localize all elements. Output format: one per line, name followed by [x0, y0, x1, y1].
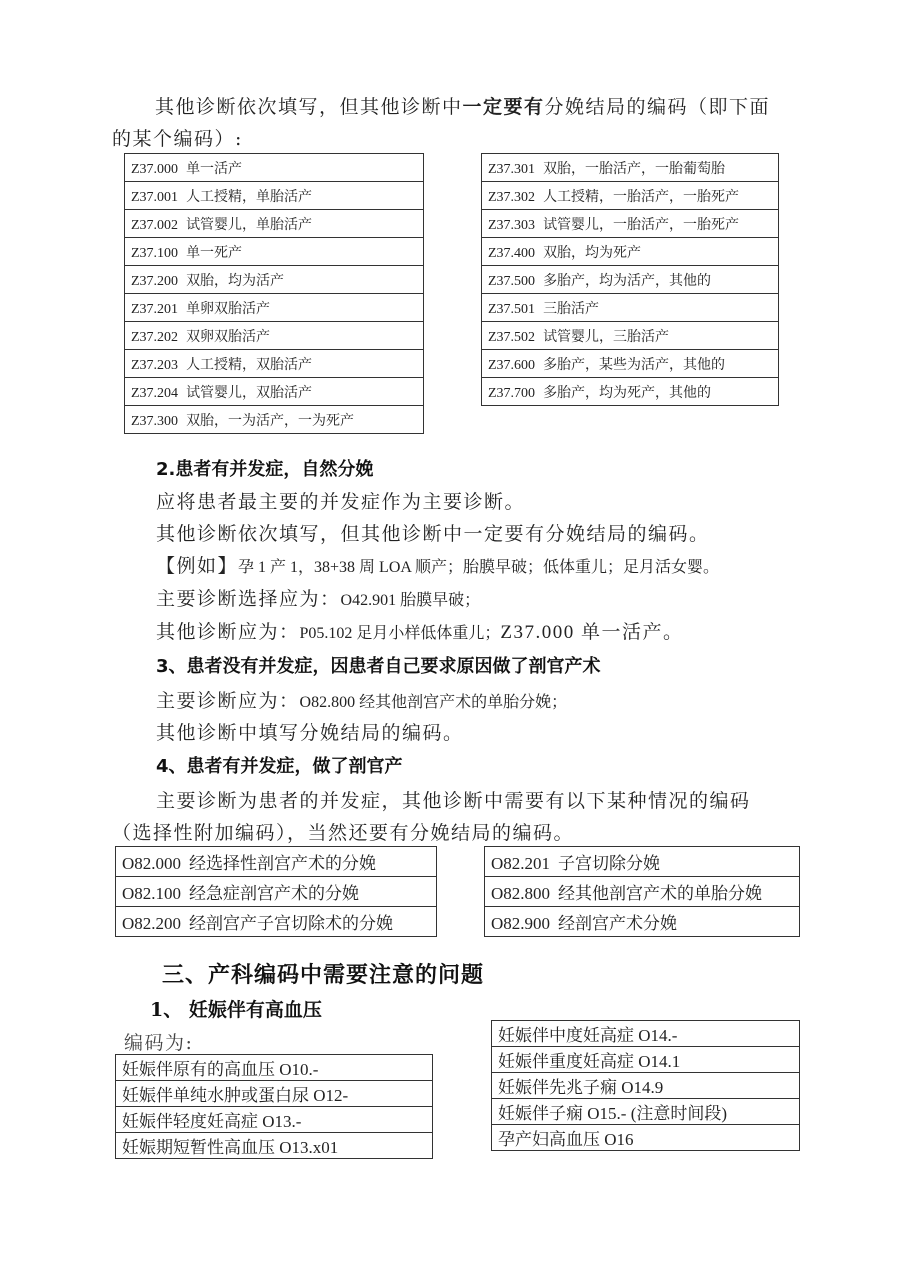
- table-cell: Z37.600多胎产，某些为活产，其他的: [482, 350, 779, 378]
- code-description: 经急症剖宫产术的分娩: [189, 884, 359, 903]
- code-description: 双胎，均为死产: [543, 246, 641, 261]
- code-value: Z37.500: [488, 274, 535, 289]
- code-description: 人工授精，单胎活产: [186, 190, 312, 205]
- code-value: Z37.204: [131, 386, 178, 401]
- code-value: Z37.203: [131, 358, 178, 373]
- table-cell: 孕产妇高血压 O16: [492, 1125, 800, 1151]
- table-cell: Z37.203人工授精，双胎活产: [125, 350, 424, 378]
- other-dx-value: P05.102 足月小样低体重儿；: [300, 625, 501, 642]
- table-cell: Z37.202双卵双胎活产: [125, 322, 424, 350]
- table-cell: Z37.303试管婴儿，一胎活产，一胎死产: [482, 210, 779, 238]
- code-value: Z37.202: [131, 330, 178, 345]
- table-cell: Z37.100单一死产: [125, 238, 424, 266]
- table-cell: Z37.002试管婴儿，单胎活产: [125, 210, 424, 238]
- code-description: 经剖宫产术分娩: [558, 914, 677, 933]
- code-description: 试管婴儿，双胎活产: [186, 386, 312, 401]
- table-row: Z37.200双胎，均为活产: [125, 266, 424, 294]
- code-description: 单一死产: [186, 246, 242, 261]
- table-cell: 妊娠伴原有的高血压 O10.-: [116, 1055, 433, 1081]
- table-row: 妊娠期短暂性高血压 O13.x01: [116, 1133, 433, 1159]
- main-dx-label: 主要诊断选择应为：: [156, 588, 341, 610]
- table-row: Z37.400双胎，均为死产: [482, 238, 779, 266]
- table-cell: Z37.300双胎，一为活产，一为死产: [125, 406, 424, 434]
- section-3-heading: 3、患者没有并发症，因患者自己要求原因做了剖官产术: [156, 652, 601, 678]
- table-cell: O82.200经剖宫产子宫切除术的分娩: [116, 907, 437, 937]
- table-row: Z37.600多胎产，某些为活产，其他的: [482, 350, 779, 378]
- table-row: Z37.301双胎，一胎活产，一胎葡萄胎: [482, 154, 779, 182]
- table-row: 妊娠伴原有的高血压 O10.-: [116, 1055, 433, 1081]
- table-row: Z37.002试管婴儿，单胎活产: [125, 210, 424, 238]
- main-dx-value: O42.901 胎膜早破；: [341, 592, 481, 609]
- code-value: Z37.303: [488, 218, 535, 233]
- intro-line-2: 的某个编码）:: [112, 124, 243, 151]
- intro-text: 其他诊断依次填写，但其他诊断中: [155, 96, 463, 118]
- code-value: Z37.700: [488, 386, 535, 401]
- table-row: O82.800经其他剖宫产术的单胎分娩: [485, 877, 800, 907]
- table-row: Z37.502试管婴儿，三胎活产: [482, 322, 779, 350]
- code-value: O82.900: [491, 914, 550, 933]
- intro-line-1: 其他诊断依次填写，但其他诊断中一定要有分娩结局的编码（即下面: [155, 92, 770, 119]
- code-value: Z37.201: [131, 302, 178, 317]
- code-description: 单一活产: [186, 162, 242, 177]
- code-description: 多胎产，均为活产，其他的: [543, 274, 711, 289]
- main-dx-label: 主要诊断应为：: [156, 690, 300, 712]
- section-3-paragraph: 其他诊断中填写分娩结局的编码。: [156, 718, 464, 745]
- code-description: 多胎产，均为死产，其他的: [543, 386, 711, 401]
- code-description: 人工授精，双胎活产: [186, 358, 312, 373]
- table-cell: Z37.302人工授精，一胎活产，一胎死产: [482, 182, 779, 210]
- table-row: 妊娠伴单纯水肿或蛋白尿 O12-: [116, 1081, 433, 1107]
- code-value: Z37.302: [488, 190, 535, 205]
- code-value: O82.100: [122, 884, 181, 903]
- table-cell: O82.100经急症剖宫产术的分娩: [116, 877, 437, 907]
- table-row: Z37.001人工授精，单胎活产: [125, 182, 424, 210]
- code-value: Z37.501: [488, 302, 535, 317]
- code-value: Z37.100: [131, 246, 178, 261]
- section-2-paragraph-2: 其他诊断依次填写，但其他诊断中一定要有分娩结局的编码。: [156, 519, 710, 546]
- z37-table-right: Z37.301双胎，一胎活产，一胎葡萄胎Z37.302人工授精，一胎活产，一胎死…: [481, 153, 779, 406]
- other-dx-value-2: Z37.000 单一活产。: [500, 622, 683, 643]
- subheading-text: 1、 妊娠伴有高血压: [150, 999, 322, 1021]
- section-2-main-dx: 主要诊断选择应为：O42.901 胎膜早破；: [156, 584, 480, 611]
- table-row: O82.200经剖宫产子宫切除术的分娩: [116, 907, 437, 937]
- o82-table-right: O82.201子宫切除分娩O82.800经其他剖宫产术的单胎分娩O82.900经…: [484, 846, 800, 937]
- example-text: 孕 1 产 1，38+38 周 LOA 顺产；胎膜早破；低体重儿；足月活女婴。: [238, 559, 719, 576]
- table-cell: Z37.502试管婴儿，三胎活产: [482, 322, 779, 350]
- code-value: Z37.200: [131, 274, 178, 289]
- table-row: 妊娠伴重度妊高症 O14.1: [492, 1047, 800, 1073]
- z37-table-left: Z37.000单一活产Z37.001人工授精，单胎活产Z37.002试管婴儿，单…: [124, 153, 424, 434]
- section-2-paragraph-1: 应将患者最主要的并发症作为主要诊断。: [156, 487, 525, 514]
- code-description: 双胎，一为活产，一为死产: [186, 414, 354, 429]
- intro-text-tail: 分娩结局的编码（即下面: [545, 96, 771, 118]
- table-row: Z37.203人工授精，双胎活产: [125, 350, 424, 378]
- table-cell: Z37.201单卵双胎活产: [125, 294, 424, 322]
- part-3-heading: 三、产科编码中需要注意的问题: [162, 958, 484, 989]
- table-cell: 妊娠伴轻度妊高症 O13.-: [116, 1107, 433, 1133]
- table-cell: 妊娠伴子痫 O15.- (注意时间段): [492, 1099, 800, 1125]
- table-row: Z37.500多胎产，均为活产，其他的: [482, 266, 779, 294]
- table-row: Z37.100单一死产: [125, 238, 424, 266]
- table-cell: O82.201子宫切除分娩: [485, 847, 800, 877]
- table-row: 妊娠伴中度妊高症 O14.-: [492, 1021, 800, 1047]
- code-value: O82.000: [122, 854, 181, 873]
- table-cell: Z37.204试管婴儿，双胎活产: [125, 378, 424, 406]
- code-value: Z37.301: [488, 162, 535, 177]
- main-dx-value: O82.800 经其他剖宫产术的单胎分娩；: [300, 694, 568, 711]
- other-dx-label: 其他诊断应为：: [156, 621, 300, 643]
- table-row: 妊娠伴轻度妊高症 O13.-: [116, 1107, 433, 1133]
- hypertension-table-right: 妊娠伴中度妊高症 O14.-妊娠伴重度妊高症 O14.1妊娠伴先兆子痫 O14.…: [491, 1020, 800, 1151]
- table-cell: Z37.001人工授精，单胎活产: [125, 182, 424, 210]
- section-3-main-dx: 主要诊断应为：O82.800 经其他剖宫产术的单胎分娩；: [156, 686, 567, 713]
- intro-emphasis: 一定要有: [463, 96, 545, 118]
- code-value: Z37.300: [131, 414, 178, 429]
- hypertension-table-left: 妊娠伴原有的高血压 O10.-妊娠伴单纯水肿或蛋白尿 O12-妊娠伴轻度妊高症 …: [115, 1054, 433, 1159]
- code-value: Z37.002: [131, 218, 178, 233]
- table-row: Z37.204试管婴儿，双胎活产: [125, 378, 424, 406]
- code-description: 试管婴儿，单胎活产: [186, 218, 312, 233]
- code-description: 试管婴儿，三胎活产: [543, 330, 669, 345]
- code-description: 双卵双胎活产: [186, 330, 270, 345]
- table-cell: 妊娠伴单纯水肿或蛋白尿 O12-: [116, 1081, 433, 1107]
- table-row: Z37.302人工授精，一胎活产，一胎死产: [482, 182, 779, 210]
- code-value: O82.200: [122, 914, 181, 933]
- part-3-subheading: 1、 妊娠伴有高血压: [150, 995, 322, 1022]
- code-description: 双胎，一胎活产，一胎葡萄胎: [543, 162, 725, 177]
- section-2-heading: 2.患者有并发症，自然分娩: [156, 455, 373, 481]
- code-description: 多胎产，某些为活产，其他的: [543, 358, 725, 373]
- table-cell: 妊娠期短暂性高血压 O13.x01: [116, 1133, 433, 1159]
- table-row: 孕产妇高血压 O16: [492, 1125, 800, 1151]
- table-cell: Z37.400双胎，均为死产: [482, 238, 779, 266]
- example-label: 【例如】: [156, 555, 238, 577]
- table-row: O82.201子宫切除分娩: [485, 847, 800, 877]
- table-cell: Z37.200双胎，均为活产: [125, 266, 424, 294]
- table-row: O82.100经急症剖宫产术的分娩: [116, 877, 437, 907]
- table-row: O82.000经选择性剖宫产术的分娩: [116, 847, 437, 877]
- table-row: 妊娠伴子痫 O15.- (注意时间段): [492, 1099, 800, 1125]
- code-description: 双胎，均为活产: [186, 274, 284, 289]
- code-value: Z37.600: [488, 358, 535, 373]
- code-label: 编码为:: [124, 1028, 193, 1055]
- code-description: 三胎活产: [543, 302, 599, 317]
- table-cell: Z37.301双胎，一胎活产，一胎葡萄胎: [482, 154, 779, 182]
- code-description: 单卵双胎活产: [186, 302, 270, 317]
- table-row: Z37.501三胎活产: [482, 294, 779, 322]
- code-description: 试管婴儿，一胎活产，一胎死产: [543, 218, 739, 233]
- code-description: 经其他剖宫产术的单胎分娩: [558, 884, 762, 903]
- code-description: 经选择性剖宫产术的分娩: [189, 854, 376, 873]
- table-row: Z37.700多胎产，均为死产，其他的: [482, 378, 779, 406]
- table-row: Z37.000单一活产: [125, 154, 424, 182]
- table-cell: 妊娠伴中度妊高症 O14.-: [492, 1021, 800, 1047]
- o82-table-left: O82.000经选择性剖宫产术的分娩O82.100经急症剖宫产术的分娩O82.2…: [115, 846, 437, 937]
- code-value: Z37.502: [488, 330, 535, 345]
- code-value: Z37.000: [131, 162, 178, 177]
- code-value: O82.201: [491, 854, 550, 873]
- table-row: Z37.201单卵双胎活产: [125, 294, 424, 322]
- table-cell: Z37.501三胎活产: [482, 294, 779, 322]
- table-cell: Z37.500多胎产，均为活产，其他的: [482, 266, 779, 294]
- table-row: Z37.300双胎，一为活产，一为死产: [125, 406, 424, 434]
- table-cell: Z37.000单一活产: [125, 154, 424, 182]
- table-cell: O82.900经剖宫产术分娩: [485, 907, 800, 937]
- table-cell: Z37.700多胎产，均为死产，其他的: [482, 378, 779, 406]
- section-2-other-dx: 其他诊断应为：P05.102 足月小样低体重儿；Z37.000 单一活产。: [156, 617, 684, 644]
- section-4-heading: 4、患者有并发症，做了剖官产: [156, 752, 403, 778]
- table-cell: O82.800经其他剖宫产术的单胎分娩: [485, 877, 800, 907]
- code-description: 人工授精，一胎活产，一胎死产: [543, 190, 739, 205]
- code-description: 子宫切除分娩: [558, 854, 660, 873]
- table-row: Z37.202双卵双胎活产: [125, 322, 424, 350]
- code-value: Z37.001: [131, 190, 178, 205]
- section-2-example: 【例如】孕 1 产 1，38+38 周 LOA 顺产；胎膜早破；低体重儿；足月活…: [156, 551, 719, 578]
- table-cell: 妊娠伴重度妊高症 O14.1: [492, 1047, 800, 1073]
- table-row: O82.900经剖宫产术分娩: [485, 907, 800, 937]
- section-4-paragraph-2: （选择性附加编码），当然还要有分娩结局的编码。: [112, 818, 574, 845]
- section-4-paragraph-1: 主要诊断为患者的并发症，其他诊断中需要有以下某种情况的编码: [156, 786, 751, 813]
- table-cell: 妊娠伴先兆子痫 O14.9: [492, 1073, 800, 1099]
- code-value: O82.800: [491, 884, 550, 903]
- table-row: Z37.303试管婴儿，一胎活产，一胎死产: [482, 210, 779, 238]
- code-description: 经剖宫产子宫切除术的分娩: [189, 914, 393, 933]
- table-cell: O82.000经选择性剖宫产术的分娩: [116, 847, 437, 877]
- code-value: Z37.400: [488, 246, 535, 261]
- table-row: 妊娠伴先兆子痫 O14.9: [492, 1073, 800, 1099]
